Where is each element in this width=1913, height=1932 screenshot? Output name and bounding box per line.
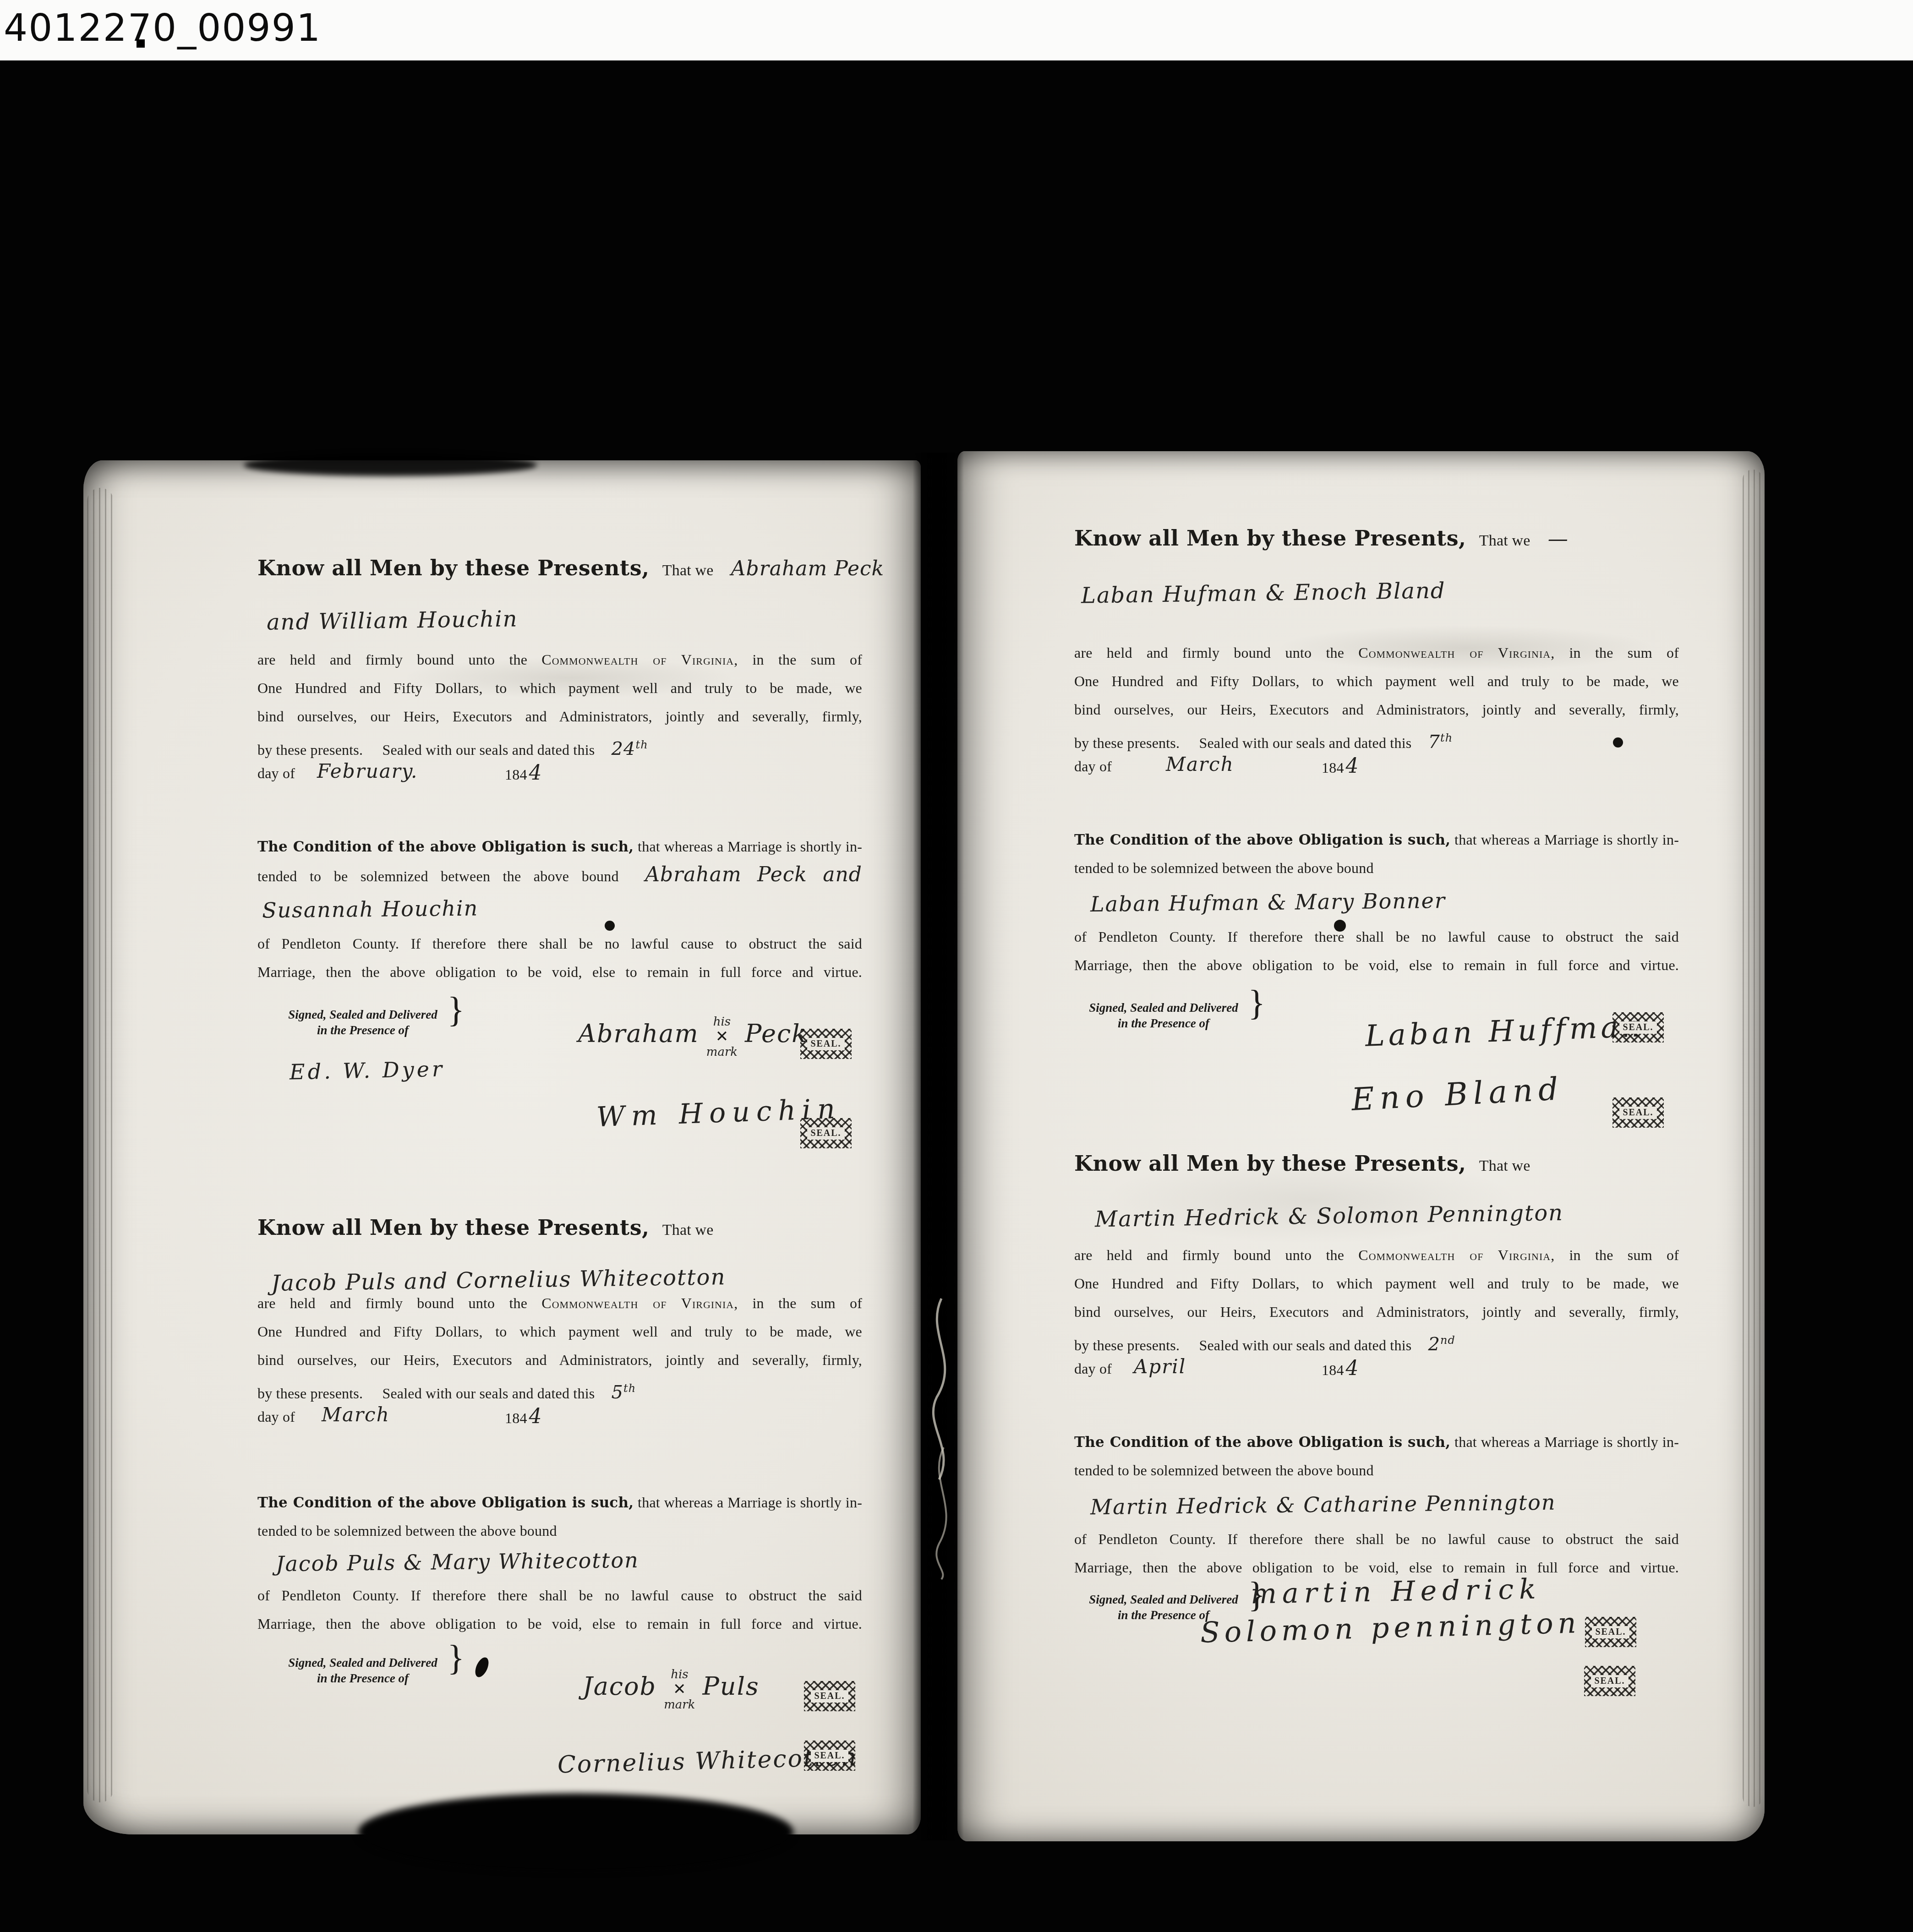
seal-stamp: SEAL. xyxy=(1585,1617,1636,1647)
bond-heading: Know all Men by these Presents, That we … xyxy=(1074,522,1569,557)
seal-stamp: SEAL. xyxy=(1612,1012,1664,1042)
scanned-document-canvas: 4012270_00991 Know all Men by these Pres… xyxy=(0,0,1913,1932)
form-line: bind ourselves, our Heirs, Executors and… xyxy=(1074,1298,1679,1326)
handwritten-principals-line: Martin Hedrick & Solomon Pennington xyxy=(1095,1199,1564,1233)
handwritten-day: 2nd xyxy=(1428,1334,1455,1355)
condition-line: The Condition of the above Obligation is… xyxy=(1074,825,1679,854)
handwritten-month: February. xyxy=(317,757,418,786)
handwritten-couple: Jacob Puls & Mary Whitecotton xyxy=(276,1546,639,1577)
handwritten-month: March xyxy=(322,1401,390,1429)
handwritten-day: 24th xyxy=(612,738,648,759)
ink-speck xyxy=(1613,737,1623,748)
form-line: are held and firmly bound unto the Commo… xyxy=(257,645,862,674)
form-line: One Hundred and Fifty Dollars, to which … xyxy=(1074,667,1679,695)
seal-stamp: SEAL. xyxy=(1584,1666,1635,1696)
blackletter-condition: The Condition of the above Obligation is… xyxy=(257,839,634,855)
his-mark: his ✕ mark xyxy=(664,1669,695,1711)
blackletter-heading: Know all Men by these Presents, xyxy=(1074,1151,1466,1176)
blackletter-heading: Know all Men by these Presents, xyxy=(257,556,650,580)
scan-id-label: 4012270_00991 xyxy=(4,6,321,50)
handwritten-day: 5th xyxy=(612,1382,636,1403)
condition-line: of Pendleton County. If therefore there … xyxy=(257,929,862,958)
signature-principal-1: Jacob his ✕ mark Puls xyxy=(583,1665,760,1707)
seal-stamp: SEAL. xyxy=(804,1681,855,1711)
form-line: One Hundred and Fifty Dollars, to which … xyxy=(1074,1269,1679,1298)
condition-line: tended to be solemnized between the abov… xyxy=(257,861,862,890)
bond-heading: Know all Men by these Presents, That we xyxy=(257,1212,727,1246)
form-line: One Hundred and Fifty Dollars, to which … xyxy=(257,674,862,702)
date-line: day of February. 1844 xyxy=(257,759,670,787)
attestation: Signed, Sealed and Delivered in the Pres… xyxy=(1086,1000,1241,1031)
condition-line: tended to be solemnized between the abov… xyxy=(1074,1456,1374,1484)
handwritten-principals-line: and William Houchin xyxy=(267,605,518,636)
condition-line: Marriage, then the above obligation to b… xyxy=(257,958,862,986)
handwritten-principal: Abraham Peck xyxy=(731,557,884,580)
ink-blot xyxy=(473,1655,492,1679)
handwritten-month: April xyxy=(1134,1353,1186,1381)
book-gutter xyxy=(913,453,964,1840)
attestation: Signed, Sealed and Delivered in the Pres… xyxy=(285,1007,441,1038)
right-page: Know all Men by these Presents, That we … xyxy=(957,451,1765,1841)
year: 1844 xyxy=(505,759,542,789)
handwritten-dash: — xyxy=(1548,527,1569,551)
blackletter-heading: Know all Men by these Presents, xyxy=(257,1215,650,1240)
handwritten-year-digit: 4 xyxy=(529,761,542,785)
signature-principal-2: Eno Bland xyxy=(1350,1071,1564,1118)
condition-line: Marriage, then the above obligation to b… xyxy=(257,1610,862,1638)
form-line: are held and firmly bound unto the Commo… xyxy=(1074,639,1679,667)
condition-line: tended to be solemnized between the abov… xyxy=(257,1517,557,1545)
date-line: day of April 1844 xyxy=(1074,1354,1487,1383)
signature-principal-1: Laban Huffman xyxy=(1365,1010,1645,1053)
form-line: are held and firmly bound unto the Commo… xyxy=(257,1289,862,1317)
attestation: Signed, Sealed and Delivered in the Pres… xyxy=(285,1655,441,1686)
handwritten-day: 7th xyxy=(1428,731,1453,753)
condition-line: of Pendleton County. If therefore there … xyxy=(257,1581,862,1610)
left-page: Know all Men by these Presents, That we … xyxy=(83,460,921,1834)
year: 1844 xyxy=(1322,752,1359,782)
handwritten-bride: Susannah Houchin xyxy=(262,895,479,924)
seal-stamp: SEAL. xyxy=(1612,1097,1664,1128)
form-line: bind ourselves, our Heirs, Executors and… xyxy=(257,702,862,731)
condition-line: The Condition of the above Obligation is… xyxy=(257,1488,862,1517)
form-line: are held and firmly bound unto the Commo… xyxy=(1074,1241,1679,1269)
condition-line: The Condition of the above Obligation is… xyxy=(257,832,862,861)
binding-threads xyxy=(916,1296,967,1580)
blackletter-heading: Know all Men by these Presents, xyxy=(1074,526,1466,551)
brace: } xyxy=(448,1002,465,1018)
handwritten-couple: Laban Hufman & Mary Bonner xyxy=(1090,887,1446,918)
condition-line: of Pendleton County. If therefore there … xyxy=(1074,1525,1679,1553)
form-line: bind ourselves, our Heirs, Executors and… xyxy=(1074,695,1679,724)
page-stack-edge-right xyxy=(1743,469,1763,1807)
page-stack-edge-left xyxy=(87,488,114,1802)
mark-cross-icon: ✕ xyxy=(716,1029,729,1045)
handwritten-couple: Martin Hedrick & Catharine Pennington xyxy=(1090,1489,1556,1521)
year: 1844 xyxy=(505,1403,542,1432)
condition-line: The Condition of the above Obligation is… xyxy=(1074,1428,1679,1457)
his-mark: his ✕ mark xyxy=(706,1016,738,1058)
seal-stamp: SEAL. xyxy=(804,1741,855,1771)
condition-line: of Pendleton County. If therefore there … xyxy=(1074,922,1679,951)
seal-stamp: SEAL. xyxy=(800,1029,852,1059)
condition-line: tended to be solemnized between the abov… xyxy=(1074,854,1374,882)
bond-heading: Know all Men by these Presents, That we … xyxy=(257,552,884,587)
date-line: day of March 1844 xyxy=(1074,752,1487,780)
form-line: One Hundred and Fifty Dollars, to which … xyxy=(257,1317,862,1346)
year: 1844 xyxy=(1322,1354,1359,1384)
date-line: day of March 1844 xyxy=(257,1403,670,1431)
signature-principal-1: martin Hedrick xyxy=(1250,1573,1541,1610)
seal-stamp: SEAL. xyxy=(800,1118,852,1148)
handwritten-principals-line: Laban Hufman & Enoch Bland xyxy=(1081,577,1446,609)
handwritten-couple-inline: Abraham Peck and xyxy=(645,863,862,886)
form-line: bind ourselves, our Heirs, Executors and… xyxy=(257,1346,862,1374)
witness-signature: Ed. W. Dyer xyxy=(289,1056,445,1084)
signature-principal-1: Abraham his ✕ mark Peck xyxy=(578,1012,808,1054)
worn-top-edge xyxy=(244,454,537,476)
handwritten-month: March xyxy=(1166,750,1234,779)
bond-heading: Know all Men by these Presents, That we xyxy=(1074,1147,1544,1182)
label-bar: 4012270_00991 xyxy=(0,0,1913,60)
mark-cross-icon: ✕ xyxy=(673,1682,686,1697)
ink-speck xyxy=(137,39,145,48)
worn-bottom-edge xyxy=(358,1793,793,1871)
condition-line: Marriage, then the above obligation to b… xyxy=(1074,951,1679,979)
